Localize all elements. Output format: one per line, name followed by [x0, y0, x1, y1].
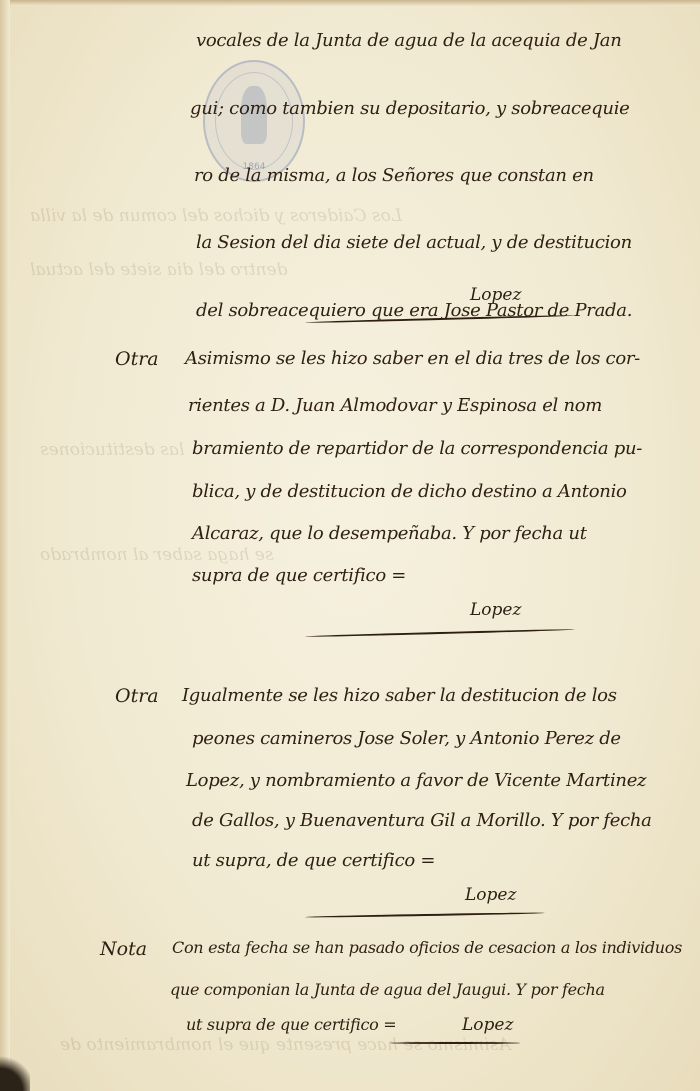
- text-line: Igualmente se les hizo saber la destituc…: [182, 685, 617, 706]
- bleed-through-text: Los Caideros y dichos del comun de la vi…: [30, 206, 402, 226]
- signature: Lopez: [465, 885, 516, 905]
- margin-label: Otra: [115, 348, 159, 370]
- text-line: peones camineros Jose Soler, y Antonio P…: [192, 728, 621, 749]
- text-line: ut supra de que certifico =: [186, 1015, 396, 1034]
- signature: Lopez: [462, 1015, 513, 1035]
- signature-flourish: [305, 628, 575, 637]
- manuscript-page: Los Caideros y dichos del comun de la vi…: [0, 0, 700, 1091]
- text-line: blica, y de destitucion de dicho destino…: [192, 481, 627, 502]
- page-top-edge: [0, 0, 700, 6]
- page-corner-shadow: [0, 1051, 30, 1091]
- text-line: Asimismo se les hizo saber en el dia tre…: [185, 348, 640, 369]
- bleed-through-text: las destituciones: [40, 440, 184, 460]
- text-line: supra de que certifico =: [192, 565, 406, 586]
- signature: Lopez: [470, 600, 521, 620]
- text-line: rientes a D. Juan Almodovar y Espinosa e…: [188, 395, 602, 416]
- signature-flourish: [390, 1042, 520, 1044]
- text-line: de Gallos, y Buenaventura Gil a Morillo.…: [192, 810, 652, 831]
- bleed-through-text: Asimismo se hace presente que el nombram…: [60, 1035, 510, 1055]
- text-line: Con esta fecha se han pasado oficios de …: [172, 938, 682, 957]
- text-line: la Sesion del dia siete del actual, y de…: [196, 232, 632, 253]
- official-seal-stamp: 1864: [203, 60, 305, 182]
- text-line: vocales de la Junta de agua de la acequi…: [196, 30, 622, 51]
- text-line: Lopez, y nombramiento a favor de Vicente…: [186, 770, 646, 791]
- page-left-edge: [0, 0, 10, 1091]
- text-line: bramiento de repartidor de la correspond…: [192, 438, 642, 459]
- text-line: Alcaraz, que lo desempeñaba. Y por fecha…: [192, 523, 587, 544]
- signature: Lopez: [470, 285, 521, 305]
- text-line: gui; como tambien su depositario, y sobr…: [190, 98, 630, 119]
- bleed-through-text: dentro del dia siete del actual: [30, 260, 287, 280]
- signature-flourish: [305, 912, 545, 918]
- text-line: ut supra, de que certifico =: [192, 850, 435, 871]
- text-line: que componian la Junta de agua del Jaugu…: [170, 980, 605, 999]
- margin-label: Otra: [115, 685, 159, 707]
- text-line: ro de la misma, a los Señores que consta…: [194, 165, 594, 186]
- bleed-through-text: se haga saber al nombrado: [40, 545, 274, 565]
- margin-label: Nota: [100, 938, 147, 960]
